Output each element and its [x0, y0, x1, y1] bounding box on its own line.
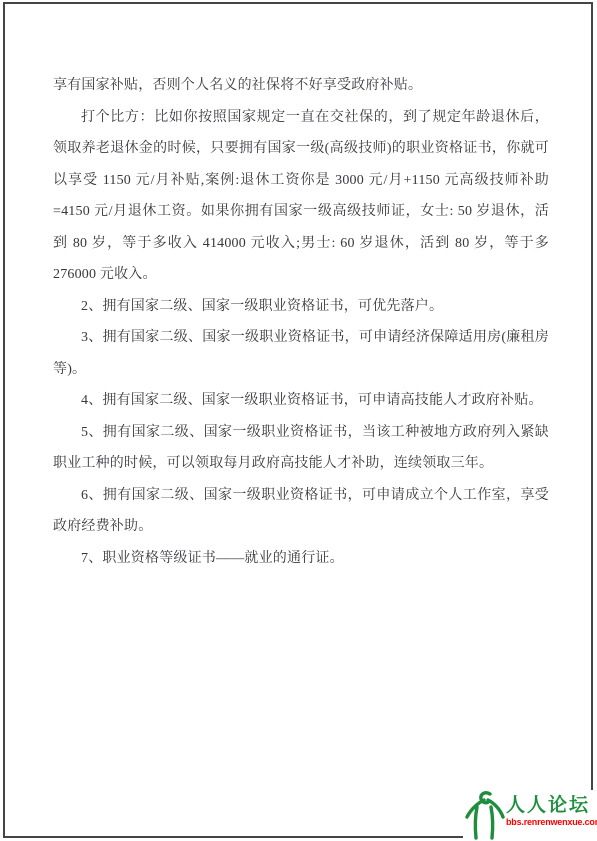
paragraph-example: 打个比方：比如你按照国家规定一直在交社保的，到了规定年龄退休后，领取养老退休金的…: [53, 102, 549, 291]
list-item-5: 5、拥有国家二级、国家一级职业资格证书，当该工种被地方政府列入紧缺职业工种的时候…: [53, 417, 549, 480]
forum-name: 人人论坛: [506, 796, 592, 816]
list-item-6: 6、拥有国家二级、国家一级职业资格证书，可申请成立个人工作室，享受政府经费补助。: [53, 480, 549, 543]
list-item-4: 4、拥有国家二级、国家一级职业资格证书，可申请高技能人才政府补贴。: [53, 385, 549, 417]
list-item-7: 7、职业资格等级证书——就业的通行证。: [53, 543, 549, 575]
paragraph-continuation: 享有国家补贴，否则个人名义的社保将不好享受政府补贴。: [53, 70, 549, 102]
forum-watermark: 人人论坛 bbs.renrenwenxue.com: [463, 790, 593, 840]
document-text: 享有国家补贴，否则个人名义的社保将不好享受政府补贴。 打个比方：比如你按照国家规…: [53, 70, 549, 574]
list-item-2: 2、拥有国家二级、国家一级职业资格证书，可优先落户。: [53, 291, 549, 323]
list-item-3: 3、拥有国家二级、国家一级职业资格证书，可申请经济保障适用房(廉租房等)。: [53, 322, 549, 385]
person-figure-icon: [463, 790, 505, 840]
forum-url: bbs.renrenwenxue.com: [506, 817, 592, 827]
forum-watermark-text: 人人论坛 bbs.renrenwenxue.com: [506, 796, 592, 827]
document-page: 享有国家补贴，否则个人名义的社保将不好享受政府补贴。 打个比方：比如你按照国家规…: [0, 0, 597, 841]
